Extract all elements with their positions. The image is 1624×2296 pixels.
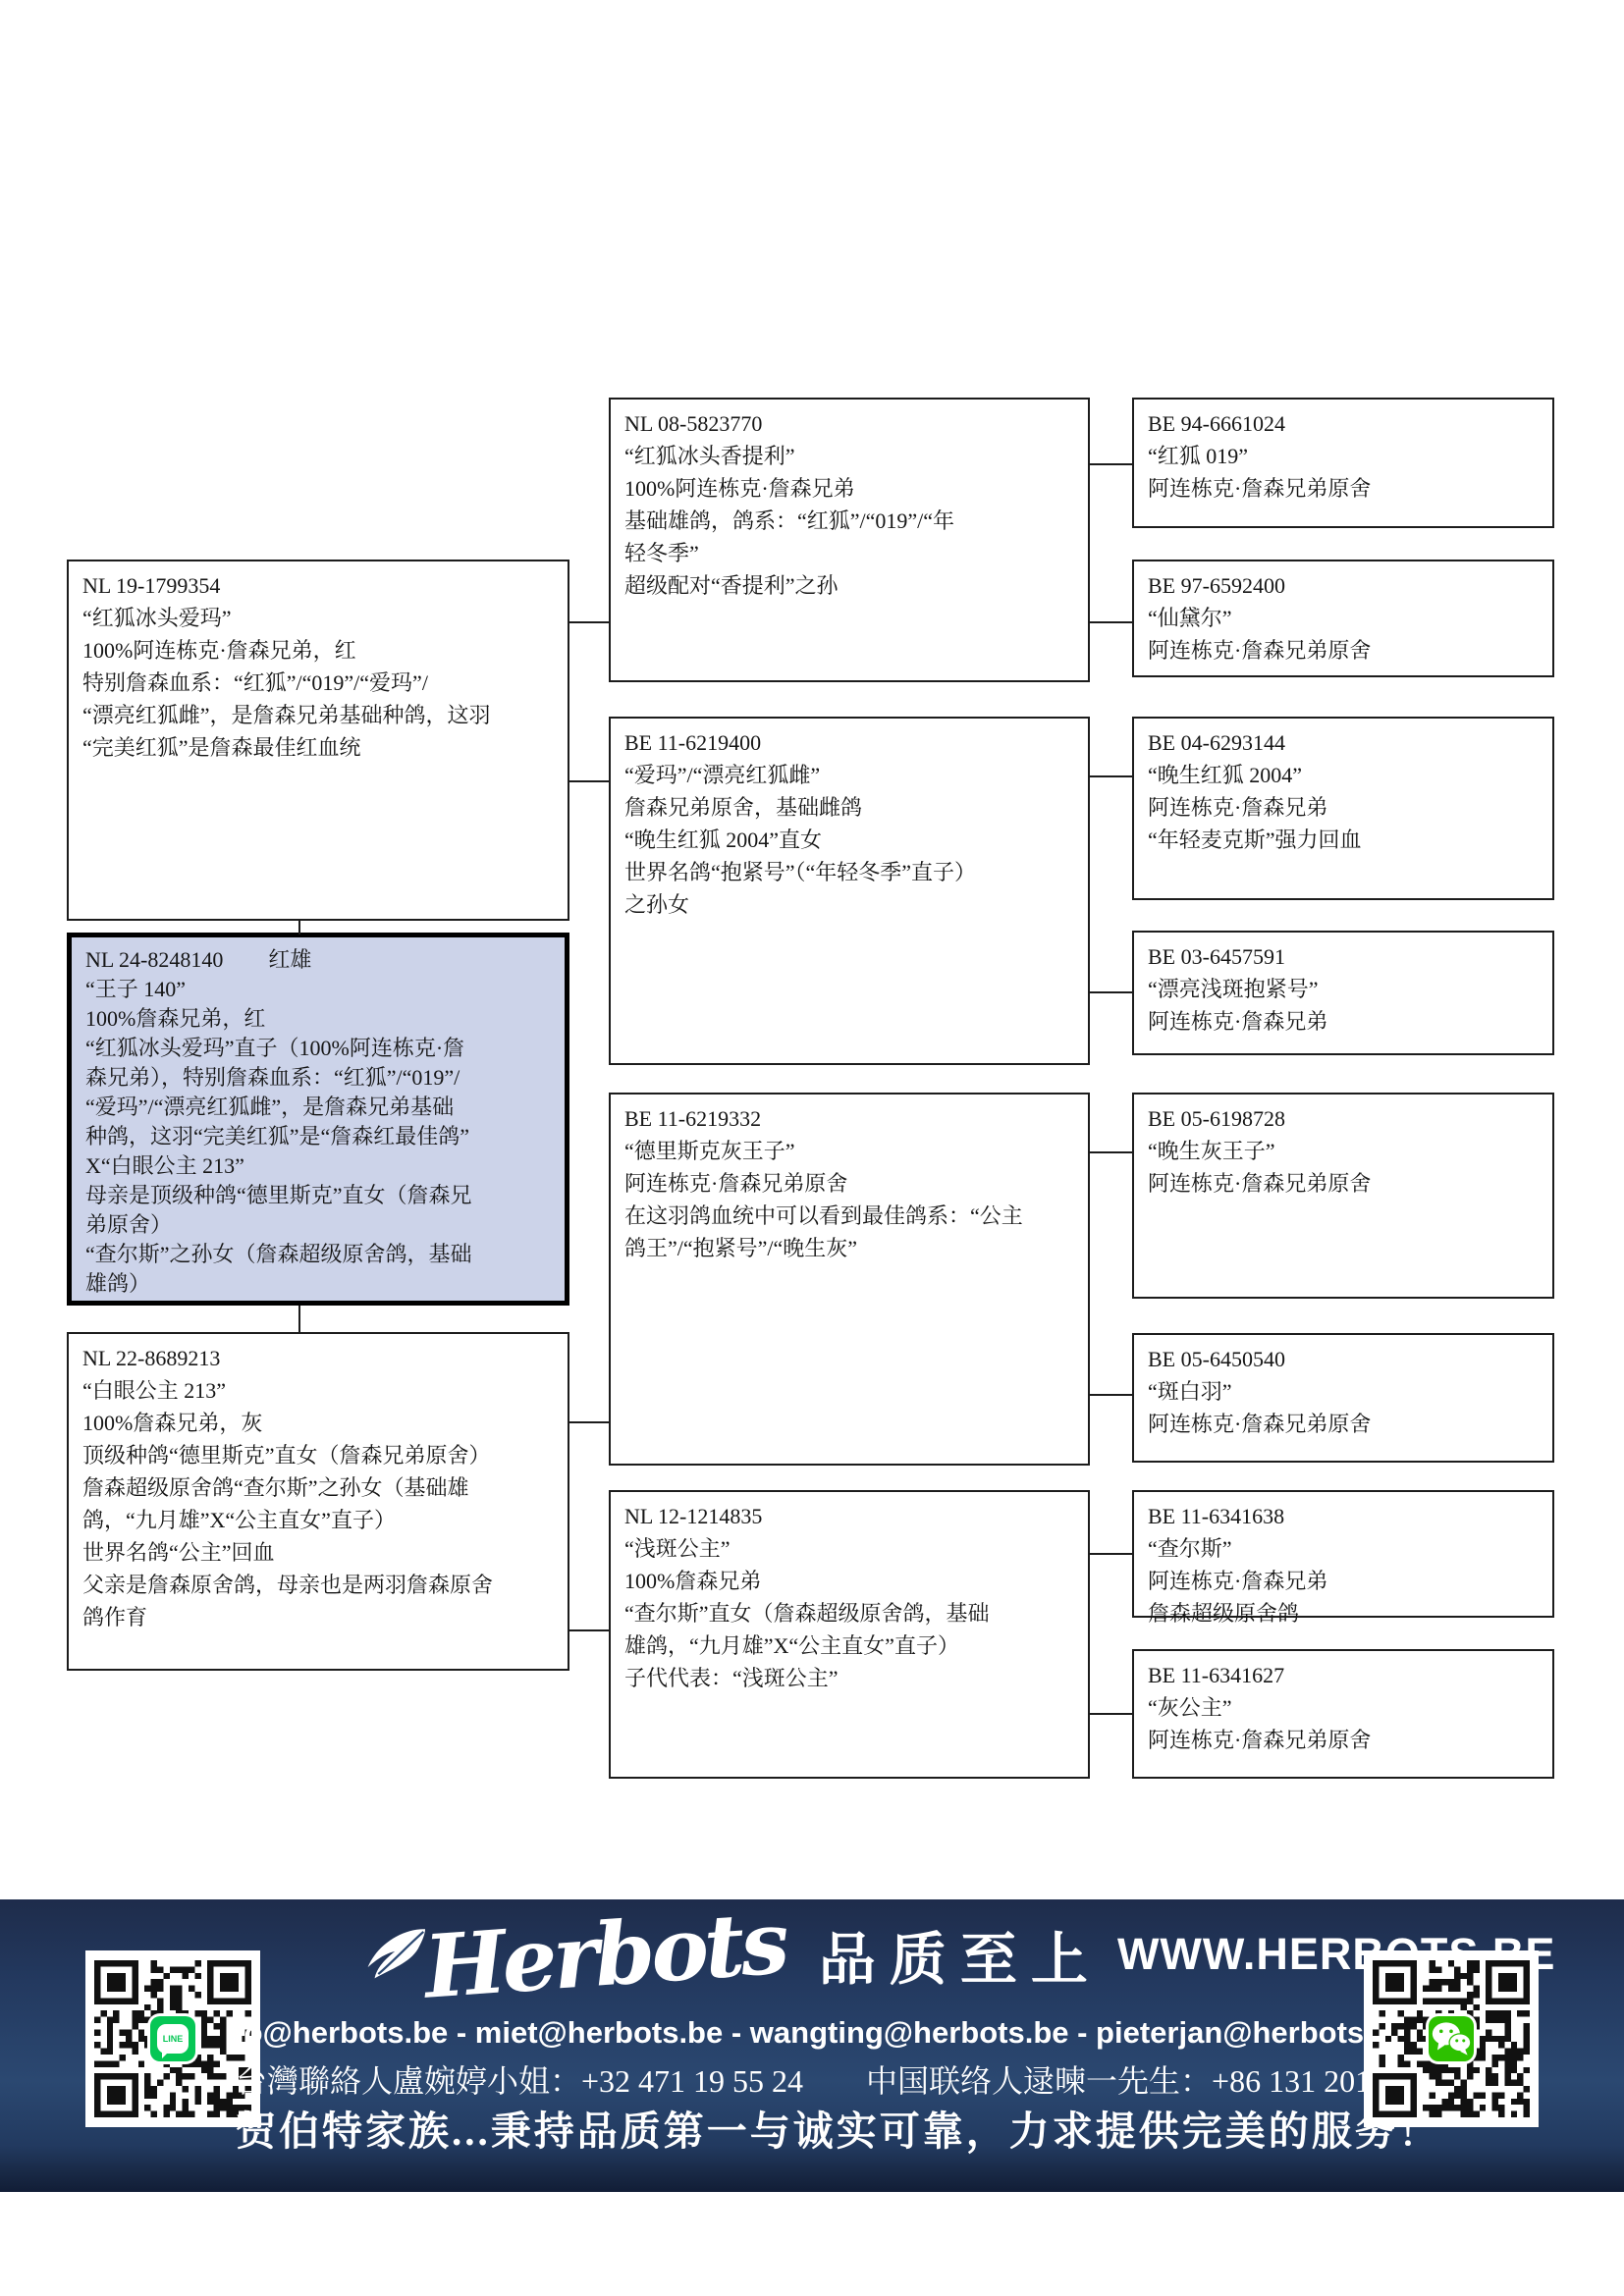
- ring-number: BE 11-6219332: [624, 1102, 1074, 1135]
- ring-number: BE 11-6341638: [1148, 1500, 1539, 1532]
- brand-name: Herbots: [421, 1898, 787, 2009]
- ring-number: BE 11-6341627: [1148, 1659, 1539, 1691]
- connector-line: [1090, 463, 1132, 465]
- ring-number: BE 05-6450540: [1148, 1343, 1539, 1375]
- pedigree-box-granddam-maternal: NL 12-1214835 “浅斑公主”100%詹森兄弟“查尔斯”直女（詹森超级…: [609, 1490, 1090, 1779]
- contacts-text: 台灣聯絡人盧婉婷小姐：+32 471 19 55 24 中国联络人逯暕一先生：+…: [236, 2056, 1384, 2102]
- pedigree-text: “灰公主”阿连栋克·詹森兄弟原舍: [1148, 1691, 1539, 1756]
- pedigree-box-father: NL 19-1799354 “红狐冰头爱玛”100%阿连栋克·詹森兄弟，红特别詹…: [67, 560, 569, 921]
- pedigree-text: “王子 140”100%詹森兄弟，红“红狐冰头爱玛”直子（100%阿连栋克·詹森…: [85, 975, 551, 1299]
- ring-number: NL 12-1214835: [624, 1500, 1074, 1532]
- connector-line: [298, 1306, 300, 1334]
- sex-label: 红雄: [268, 947, 311, 972]
- pedigree-text: “白眼公主 213”100%詹森兄弟，灰顶级种鸽“德里斯克”直女（詹森兄弟原舍）…: [82, 1374, 554, 1633]
- ring-number: NL 24-8248140红雄: [85, 945, 551, 975]
- pedigree-text: “红狐冰头爱玛”100%阿连栋克·詹森兄弟，红特别詹森血系：“红狐”/“019”…: [82, 602, 554, 764]
- wechat-qr-card: [1364, 1950, 1539, 2127]
- ring-number: BE 03-6457591: [1148, 940, 1539, 973]
- pedigree-box-ggp3: BE 04-6293144 “晚生红狐 2004”阿连栋克·詹森兄弟“年轻麦克斯…: [1132, 717, 1554, 900]
- pedigree-box-ggp8: BE 11-6341627 “灰公主”阿连栋克·詹森兄弟原舍: [1132, 1649, 1554, 1779]
- connector-line: [1090, 775, 1132, 777]
- connector-line: [569, 621, 609, 623]
- ring-number: NL 19-1799354: [82, 569, 554, 602]
- pedigree-text: “晚生红狐 2004”阿连栋克·詹森兄弟“年轻麦克斯”强力回血: [1148, 759, 1539, 856]
- emails-text: jo@herbots.be - miet@herbots.be - wangti…: [236, 2015, 1384, 2051]
- pedigree-box-ggp7: BE 11-6341638 “查尔斯”阿连栋克·詹森兄弟詹森超级原舍鸽: [1132, 1490, 1554, 1618]
- connector-line: [298, 921, 300, 934]
- pedigree-text: “晚生灰王子”阿连栋克·詹森兄弟原舍: [1148, 1135, 1539, 1200]
- ring-number: NL 08-5823770: [624, 407, 1074, 440]
- pedigree-box-ggp4: BE 03-6457591 “漂亮浅斑抱紧号”阿连栋克·詹森兄弟: [1132, 931, 1554, 1055]
- pedigree-text: “红狐冰头香提利”100%阿连栋克·詹森兄弟基础雄鸽，鸽系：“红狐”/“019”…: [624, 440, 1074, 602]
- slogan-text: 贺伯特家族...秉持品质第一与诚实可靠，力求提供完美的服务！: [236, 2099, 1384, 2157]
- ring-number: BE 11-6219400: [624, 726, 1074, 759]
- brand-tagline: 品质至上: [819, 1913, 1102, 1996]
- pedigree-box-ggp5: BE 05-6198728 “晚生灰王子”阿连栋克·詹森兄弟原舍: [1132, 1093, 1554, 1299]
- line-qr-card: LINE: [85, 1950, 260, 2127]
- pedigree-box-granddam-paternal: BE 11-6219400 “爱玛”/“漂亮红狐雌”詹森兄弟原舍，基础雌鸽“晚生…: [609, 717, 1090, 1065]
- connector-line: [1090, 1151, 1132, 1153]
- connector-line: [569, 780, 609, 782]
- pedigree-text: “斑白羽”阿连栋克·詹森兄弟原舍: [1148, 1375, 1539, 1440]
- ring-number: BE 04-6293144: [1148, 726, 1539, 759]
- pedigree-text: “德里斯克灰王子”阿连栋克·詹森兄弟原舍在这羽鸽血统中可以看到最佳鸽系：“公主鸽…: [624, 1135, 1074, 1264]
- pedigree-box-mother: NL 22-8689213 “白眼公主 213”100%詹森兄弟，灰顶级种鸽“德…: [67, 1332, 569, 1671]
- pedigree-text: “查尔斯”阿连栋克·詹森兄弟詹森超级原舍鸽: [1148, 1532, 1539, 1629]
- ring-number: BE 05-6198728: [1148, 1102, 1539, 1135]
- footer-banner: LINE Herbots 品质至上 WWW.HERBOTS.BE jo@herb…: [0, 1899, 1624, 2192]
- connector-line: [1090, 991, 1132, 993]
- pedigree-text: “红狐 019”阿连栋克·詹森兄弟原舍: [1148, 440, 1539, 505]
- pedigree-text: “浅斑公主”100%詹森兄弟“查尔斯”直女（詹森超级原舍鸽，基础雄鸽，“九月雄”…: [624, 1532, 1074, 1694]
- connector-line: [569, 1629, 609, 1631]
- wechat-icon: [1429, 2016, 1474, 2061]
- pedigree-box-ggp1: BE 94-6661024 “红狐 019”阿连栋克·詹森兄弟原舍: [1132, 398, 1554, 528]
- pedigree-text: “仙黛尔”阿连栋克·詹森兄弟原舍: [1148, 602, 1539, 667]
- pedigree-box-grandsire-paternal: NL 08-5823770 “红狐冰头香提利”100%阿连栋克·詹森兄弟基础雄鸽…: [609, 398, 1090, 682]
- ring-number: BE 97-6592400: [1148, 569, 1539, 602]
- pedigree-text: “漂亮浅斑抱紧号”阿连栋克·詹森兄弟: [1148, 973, 1539, 1038]
- connector-line: [1090, 621, 1132, 623]
- pedigree-box-ggp6: BE 05-6450540 “斑白羽”阿连栋克·詹森兄弟原舍: [1132, 1333, 1554, 1463]
- connector-line: [1090, 1713, 1132, 1715]
- line-icon: LINE: [150, 2016, 195, 2061]
- pedigree-text: “爱玛”/“漂亮红狐雌”詹森兄弟原舍，基础雌鸽“晚生红狐 2004”直女世界名鸽…: [624, 759, 1074, 921]
- ring-number: NL 22-8689213: [82, 1342, 554, 1374]
- pedigree-page: NL 19-1799354 “红狐冰头爱玛”100%阿连栋克·詹森兄弟，红特别詹…: [0, 0, 1624, 2296]
- connector-line: [1090, 1394, 1132, 1396]
- ring-number: BE 94-6661024: [1148, 407, 1539, 440]
- pedigree-box-ggp2: BE 97-6592400 “仙黛尔”阿连栋克·詹森兄弟原舍: [1132, 560, 1554, 677]
- pedigree-box-subject: NL 24-8248140红雄 “王子 140”100%詹森兄弟，红“红狐冰头爱…: [67, 933, 569, 1306]
- pedigree-box-grandsire-maternal: BE 11-6219332 “德里斯克灰王子”阿连栋克·詹森兄弟原舍在这羽鸽血统…: [609, 1093, 1090, 1466]
- connector-line: [1090, 1553, 1132, 1555]
- connector-line: [569, 1421, 609, 1423]
